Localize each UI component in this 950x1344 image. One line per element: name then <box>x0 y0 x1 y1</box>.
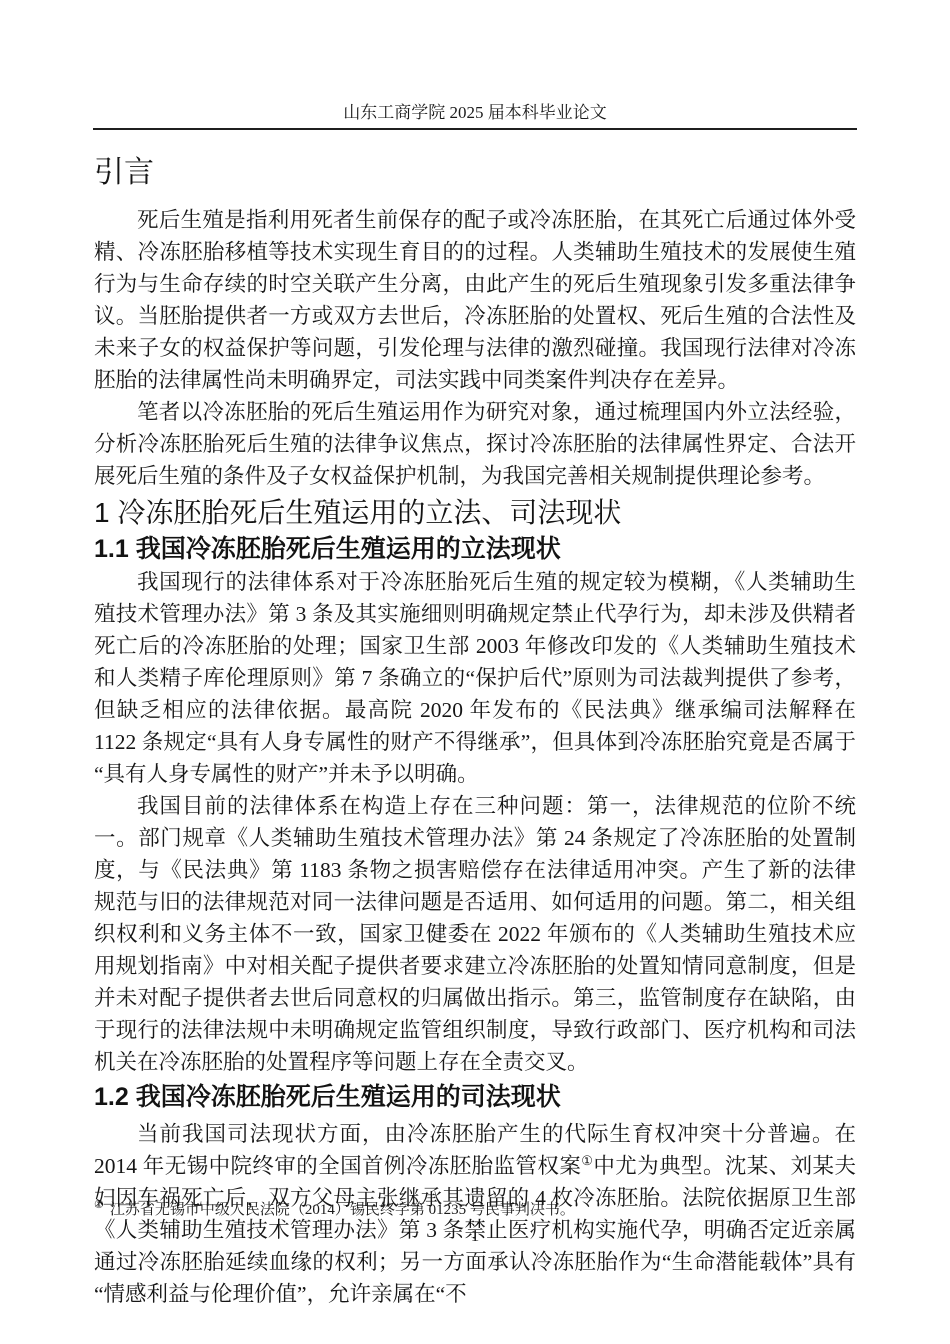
footnote: ①江苏省无锡市中级人民法院（2014）锡民终字第 01235 号民事判决书。 <box>94 1200 856 1220</box>
intro-paragraph-2: 笔者以冷冻胚胎的死后生殖运用作为研究对象，通过梳理国内外立法经验，分析冷冻胚胎死… <box>94 396 856 492</box>
section-1-heading: 1 冷冻胚胎死后生殖运用的立法、司法现状 <box>94 494 856 532</box>
intro-paragraph-1: 死后生殖是指利用死者生前保存的配子或冷冻胚胎，在其死亡后通过体外受精、冷冻胚胎移… <box>94 204 856 396</box>
intro-heading: 引言 <box>94 154 856 192</box>
legislation-paragraph-1: 我国现行的法律体系对于冷冻胚胎死后生殖的规定较为模糊，《人类辅助生殖技术管理办法… <box>94 566 856 790</box>
page-content: 引言 死后生殖是指利用死者生前保存的配子或冷冻胚胎，在其死亡后通过体外受精、冷冻… <box>94 152 856 1310</box>
footnote-marker: ① <box>94 1199 104 1211</box>
footnote-ref-marker: ① <box>581 1153 593 1168</box>
page-number: 1 <box>0 1226 950 1246</box>
document-page: 山东工商学院 2025 届本科毕业论文 引言 死后生殖是指利用死者生前保存的配子… <box>0 0 950 1344</box>
subsection-1-2-heading: 1.2 我国冷冻胚胎死后生殖运用的司法现状 <box>94 1080 856 1114</box>
page-header-title: 山东工商学院 2025 届本科毕业论文 <box>0 103 950 123</box>
legislation-paragraph-2: 我国目前的法律体系在构造上存在三种问题：第一，法律规范的位阶不统一。部门规章《人… <box>94 790 856 1078</box>
footnote-text: 江苏省无锡市中级人民法院（2014）锡民终字第 01235 号民事判决书。 <box>110 1202 575 1218</box>
subsection-1-1-heading: 1.1 我国冷冻胚胎死后生殖运用的立法现状 <box>94 532 856 566</box>
header-rule <box>93 128 857 130</box>
